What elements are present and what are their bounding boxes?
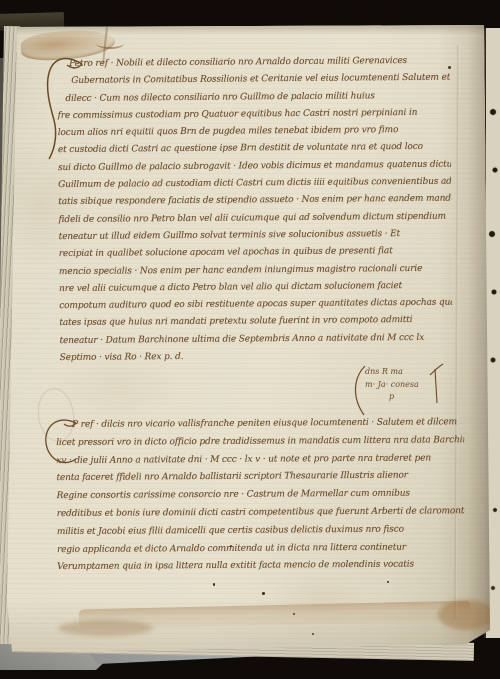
stain-top-tail bbox=[96, 38, 124, 49]
ink-speck bbox=[293, 613, 295, 615]
ink-speck bbox=[312, 633, 314, 635]
text-line: militis et Jacobi eius filii damicelli q… bbox=[57, 521, 465, 542]
stain-bottom-right bbox=[438, 600, 496, 630]
manuscript-photo: Petro ref · Nobili et dilecto consiliari… bbox=[0, 0, 500, 679]
ink-speck bbox=[213, 583, 215, 586]
chancery-note-text: dns R ma m· Ja· conesa p bbox=[365, 366, 435, 404]
manuscript-page: Petro ref · Nobili et dilecto consiliari… bbox=[0, 0, 500, 679]
ink-speck bbox=[262, 592, 265, 595]
chancery-note: dns R ma m· Ja· conesa p bbox=[350, 361, 444, 419]
text-line: Gubernatoris in Comitatibus Rossilionis … bbox=[57, 70, 450, 91]
text-line: licet pressori vro in dicto officio pdre… bbox=[56, 432, 464, 453]
stain-bottom-left bbox=[58, 620, 153, 636]
text-line: teneatur · Datum Barchinone ultima die S… bbox=[59, 329, 452, 350]
text-line: p bbox=[365, 391, 435, 404]
text-line: dns R ma bbox=[365, 366, 435, 379]
register-entry-2: P ref · dilcis nro vicario vallisfranche… bbox=[56, 414, 465, 577]
ink-speck bbox=[387, 581, 389, 583]
register-entry-1: Petro ref · Nobili et dilecto consiliari… bbox=[57, 53, 453, 368]
text-line: Verumptamen quia in ipsa littera nulla e… bbox=[57, 557, 465, 578]
text-line: m· Ja· conesa bbox=[365, 379, 435, 392]
